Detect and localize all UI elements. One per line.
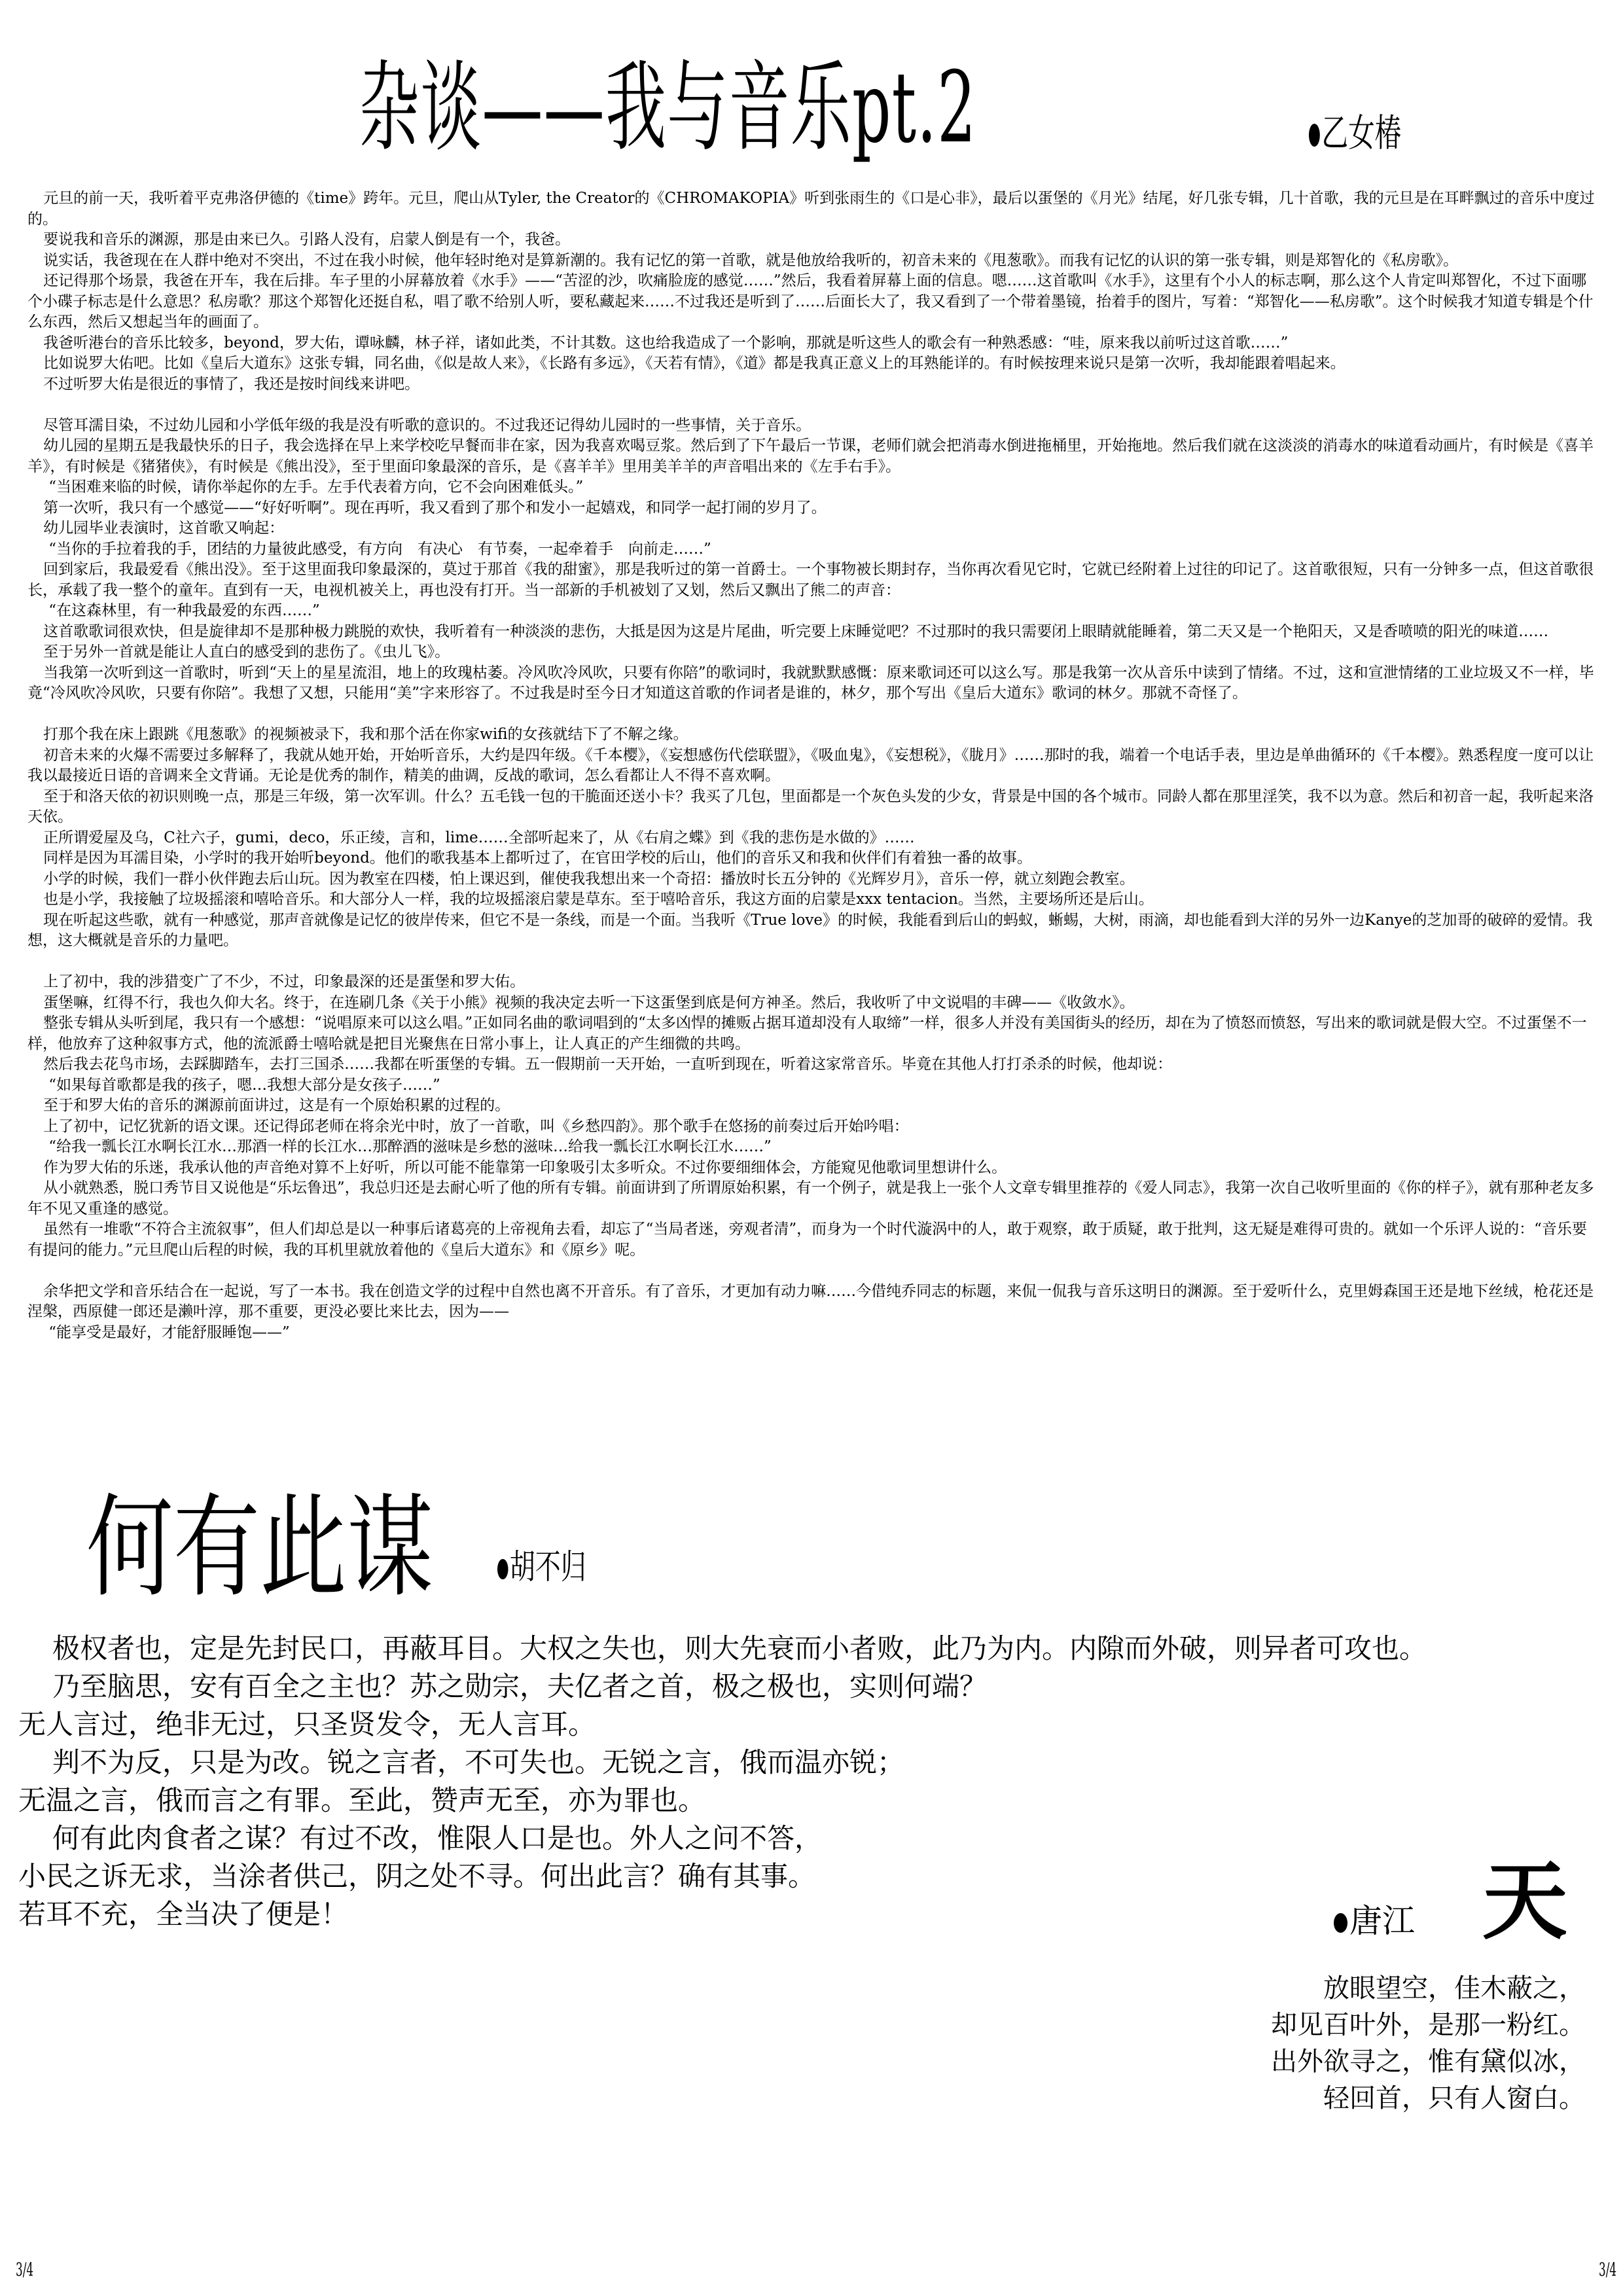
quoted-lyric: “如果每首歌都是我的孩子，嗯…我想大部分是女孩子……” bbox=[27, 1075, 1598, 1096]
essay-paragraph: 上了初中，我的涉猎变广了不少，不过，印象最深的还是蛋堡和罗大佑。 bbox=[27, 972, 1598, 993]
poem-body: 放眼望空，佳木蔽之， 却见百叶外，是那一粉红。 出外欲寻之，惟有黛似冰， 轻回首… bbox=[1271, 1970, 1585, 2117]
essay-paragraph: 然后我去花鸟市场，去踩脚踏车，去打三国杀……我都在听蛋堡的专辑。五一假期前一天开… bbox=[27, 1054, 1598, 1075]
section-break bbox=[27, 395, 1598, 416]
quoted-lyric: “给我一瓢长江水啊长江水…那酒一样的长江水…那醉酒的滋味是乡愁的滋味…给我一瓢长… bbox=[27, 1137, 1598, 1158]
essay-paragraph: 元旦的前一天，我听着平克弗洛伊德的《time》跨年。元旦，爬山从Tyler, t… bbox=[27, 188, 1598, 230]
article-title-scheme: 何有此谋 bbox=[86, 1486, 433, 1610]
poem-line: 出外欲寻之，惟有黛似冰， bbox=[1271, 2043, 1585, 2080]
article-author-byline: 唐江 bbox=[1334, 1901, 1415, 1941]
essay-paragraph: 现在听起这些歌，就有一种感觉，那声音就像是记忆的彼岸传来，但它不是一条线，而是一… bbox=[27, 910, 1598, 952]
classical-prose-body: 极权者也，定是先封民口，再蔽耳目。大权之失也，则大先衰而小者败，此乃为内。内隙而… bbox=[18, 1630, 1602, 1933]
essay-paragraph: 整张专辑从头听到尾，我只有一个感想：“说唱原来可以这么唱。”正如同名曲的歌词唱到… bbox=[27, 1013, 1598, 1054]
author-name: 唐江 bbox=[1349, 1902, 1415, 1940]
essay-paragraph: 至于和罗大佑的音乐的渊源前面讲过，这是有一个原始积累的过程的。 bbox=[27, 1096, 1598, 1117]
article-title-music: 杂谈——我与音乐pt.2 bbox=[359, 52, 977, 164]
essay-paragraph: 小学的时候，我们一群小伙伴跑去后山玩。因为教室在四楼，怕上课迟到，催使我我想出来… bbox=[27, 869, 1598, 890]
essay-paragraph: 比如说罗大佑吧。比如《皇后大道东》这张专辑，同名曲，《似是故人来》，《长路有多远… bbox=[27, 353, 1598, 374]
quoted-lyric: “当困难来临的时候，请你举起你的左手。左手代表着方向，它不会向困难低头。” bbox=[27, 477, 1598, 498]
section-break bbox=[27, 952, 1598, 973]
essay-paragraph: 至于和洛天依的初识则晚一点，那是三年级，第一次军训。什么？五毛钱一包的干脆面还送… bbox=[27, 787, 1598, 828]
prose-line: 判不为反，只是为改。锐之言者，不可失也。无锐之言，俄而温亦锐； bbox=[18, 1744, 1602, 1782]
page-number-left: 3/4 bbox=[16, 2259, 33, 2280]
section-break bbox=[27, 704, 1598, 725]
prose-line: 小民之诉无求，当涂者供己，阴之处不寻。何出此言？确有其事。 bbox=[18, 1857, 1602, 1895]
section-break bbox=[27, 1261, 1598, 1282]
author-name: 乙女椿 bbox=[1321, 111, 1401, 155]
essay-paragraph: 当我第一次听到这一首歌时，听到“天上的星星流泪，地上的玫瑰枯萎。冷风吹冷风吹，只… bbox=[27, 663, 1598, 704]
essay-paragraph: 也是小学，我接触了垃圾摇滚和嘻哈音乐。和大部分人一样，我的垃圾摇滚启蒙是草东。至… bbox=[27, 889, 1598, 910]
essay-paragraph: 回到家后，我最爱看《熊出没》。至于这里面我印象最深的，莫过于那首《我的甜蜜》，那… bbox=[27, 560, 1598, 601]
prose-line: 乃至脑思，安有百全之主也？苏之勋宗，夫亿者之首，极之极也，实则何端？ bbox=[18, 1668, 1602, 1706]
article-author-byline: 乙女椿 bbox=[1309, 110, 1401, 156]
essay-paragraph: 正所谓爱屋及乌，C社六子，gumi，deco，乐正绫，言和，lime……全部听起… bbox=[27, 828, 1598, 849]
author-name: 胡不归 bbox=[510, 1548, 586, 1587]
article-title-sky: 天 bbox=[1482, 1852, 1567, 1950]
essay-paragraph: 余华把文学和音乐结合在一起说，写了一本书。我在创造文学的过程中自然也离不开音乐。… bbox=[27, 1282, 1598, 1323]
essay-paragraph: 幼儿园毕业表演时，这首歌又响起： bbox=[27, 518, 1598, 539]
essay-body: 元旦的前一天，我听着平克弗洛伊德的《time》跨年。元旦，爬山从Tyler, t… bbox=[27, 188, 1598, 1343]
essay-paragraph: 不过听罗大佑是很近的事情了，我还是按时间线来讲吧。 bbox=[27, 374, 1598, 395]
bullet-dot-icon bbox=[1334, 1913, 1347, 1933]
essay-paragraph: 同样是因为耳濡目染，小学时的我开始听beyond。他们的歌我基本上都听过了，在官… bbox=[27, 848, 1598, 869]
poem-line: 却见百叶外，是那一粉红。 bbox=[1271, 2007, 1585, 2043]
essay-paragraph: 这首歌歌词很欢快，但是旋律却不是那种极力跳脱的欢快，我听着有一种淡淡的悲伤，大抵… bbox=[27, 622, 1598, 643]
essay-paragraph: 还记得那个场景，我爸在开车，我在后排。车子里的小屏幕放着《水手》——“苦涩的沙，… bbox=[27, 271, 1598, 333]
bullet-dot-icon bbox=[1309, 124, 1320, 147]
quoted-lyric: “当你的手拉着我的手，团结的力量彼此感受，有方向 有决心 有节奏，一起牵着手 向… bbox=[27, 539, 1598, 560]
bullet-dot-icon bbox=[497, 1559, 508, 1579]
poem-line: 轻回首，只有人窗白。 bbox=[1271, 2080, 1585, 2117]
poem-line: 放眼望空，佳木蔽之， bbox=[1271, 1970, 1585, 2007]
essay-paragraph: 我爸听港台的音乐比较多，beyond，罗大佑，谭咏麟，林子祥，诸如此类，不计其数… bbox=[27, 333, 1598, 354]
essay-paragraph: 至于另外一首就是能让人直白的感受到的悲伤了。《虫儿飞》。 bbox=[27, 642, 1598, 663]
essay-paragraph: 虽然有一堆歌“不符合主流叙事”，但人们却总是以一种事后诸葛亮的上帝视角去看，却忘… bbox=[27, 1219, 1598, 1261]
essay-paragraph: 要说我和音乐的渊源，那是由来已久。引路人没有，启蒙人倒是有一个，我爸。 bbox=[27, 230, 1598, 251]
prose-line: 无人言过，绝非无过，只圣贤发令，无人言耳。 bbox=[18, 1706, 1602, 1744]
essay-paragraph: 上了初中，记忆犹新的语文课。还记得邱老师在将余光中时，放了一首歌，叫《乡愁四韵》… bbox=[27, 1117, 1598, 1138]
essay-paragraph: 幼儿园的星期五是我最快乐的日子，我会选择在早上来学校吃早餐而非在家，因为我喜欢喝… bbox=[27, 436, 1598, 477]
quoted-lyric: “在这森林里，有一种我最爱的东西……” bbox=[27, 601, 1598, 622]
page-number-right: 3/4 bbox=[1599, 2259, 1616, 2280]
essay-paragraph: 打那个我在床上跟跳《甩葱歌》的视频被录下，我和那个活在你家wifi的女孩就结下了… bbox=[27, 725, 1598, 745]
essay-paragraph: 第一次听，我只有一个感觉——“好好听啊”。现在再听，我又看到了那个和发小一起嬉戏… bbox=[27, 498, 1598, 519]
essay-paragraph: 说实话，我爸现在在人群中绝对不突出，不过在我小时候，他年轻时绝对是算新潮的。我有… bbox=[27, 251, 1598, 272]
article-author-byline: 胡不归 bbox=[497, 1548, 586, 1587]
essay-paragraph: 作为罗大佑的乐迷，我承认他的声音绝对算不上好听，所以可能不能靠第一印象吸引太多听… bbox=[27, 1158, 1598, 1179]
essay-paragraph: 尽管耳濡目染，不过幼儿园和小学低年级的我是没有听歌的意识的。不过我还记得幼儿园时… bbox=[27, 416, 1598, 437]
essay-paragraph: 初音未来的火爆不需要过多解释了，我就从她开始，开始听音乐，大约是四年级。《千本樱… bbox=[27, 745, 1598, 787]
essay-paragraph: 从小就熟悉，脱口秀节目又说他是“乐坛鲁迅”，我总归还是去耐心听了他的所有专辑。前… bbox=[27, 1178, 1598, 1219]
prose-line: 何有此肉食者之谋？有过不改，惟限人口是也。外人之问不答， bbox=[18, 1820, 1602, 1857]
prose-line: 极权者也，定是先封民口，再蔽耳目。大权之失也，则大先衰而小者败，此乃为内。内隙而… bbox=[18, 1630, 1602, 1668]
quoted-lyric: “能享受是最好，才能舒服睡饱——” bbox=[27, 1323, 1598, 1344]
prose-line: 无温之言，俄而言之有罪。至此，赞声无至，亦为罪也。 bbox=[18, 1782, 1602, 1820]
essay-paragraph: 蛋堡嘛，红得不行，我也久仰大名。终于，在连刷几条《关于小熊》视频的我决定去听一下… bbox=[27, 993, 1598, 1014]
